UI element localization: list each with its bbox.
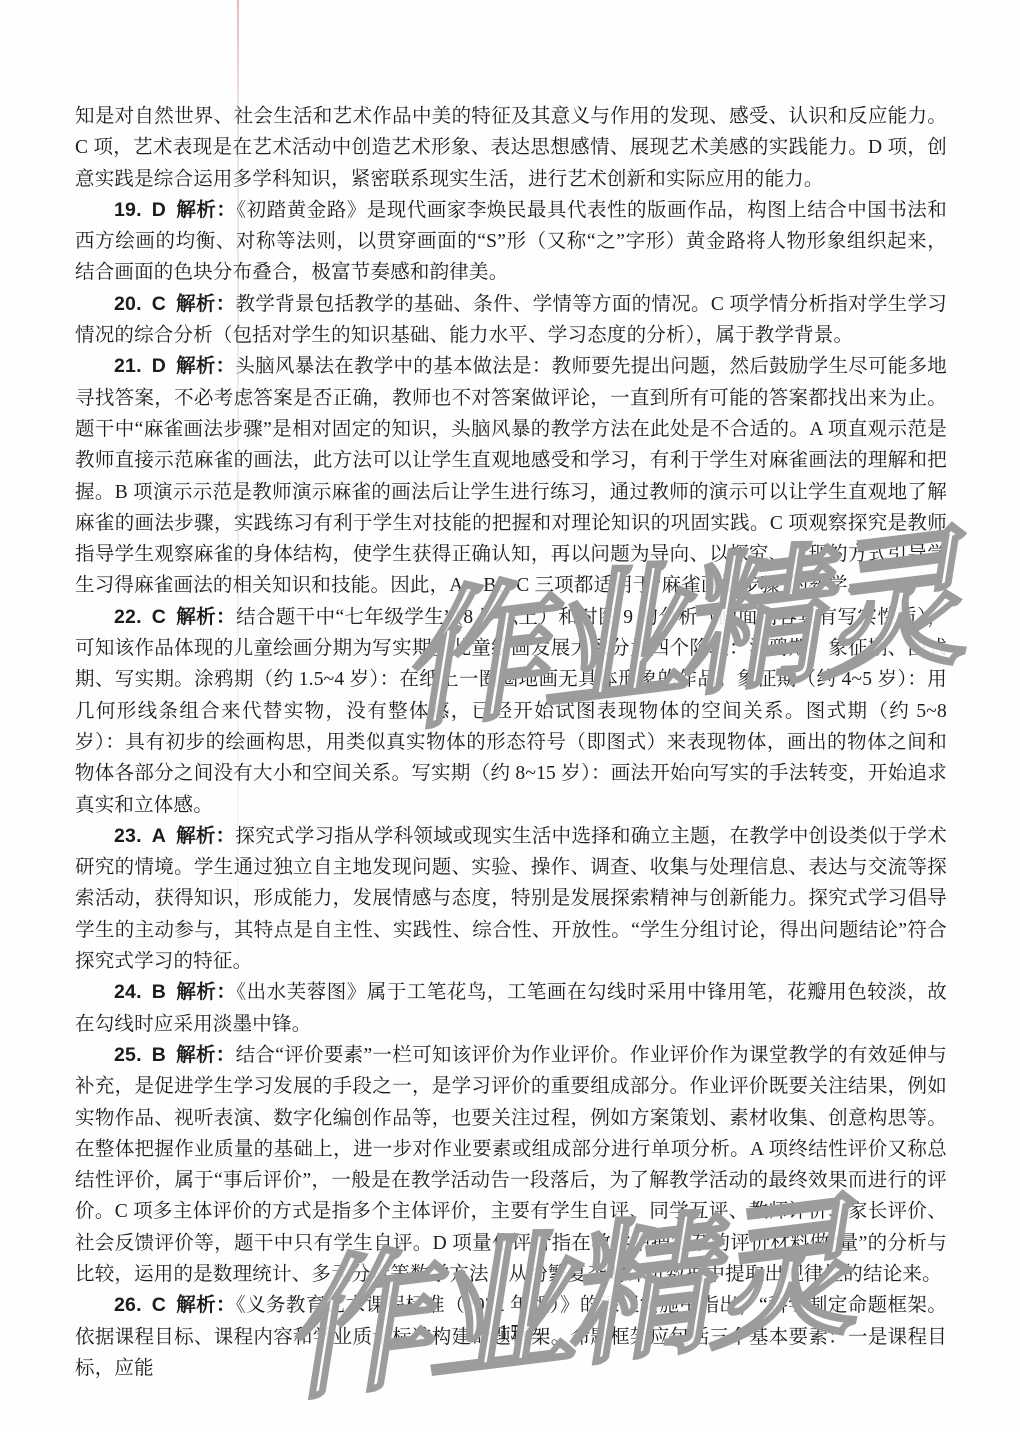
item-number: 19. [114, 199, 142, 221]
item-answer: A [152, 825, 166, 847]
scan-artifact-line [237, 0, 239, 1080]
item-number: 20. [114, 293, 142, 315]
item-answer: D [152, 355, 166, 377]
page-number: — 15 — [0, 1320, 1020, 1345]
item-label: 解析： [176, 200, 236, 221]
item-number: 22. [114, 606, 142, 628]
answer-item-19: 19.D解析：《初踏黄金路》是现代画家李焕民最具代表性的版画作品，构图上结合中国… [75, 195, 947, 289]
item-answer: C [152, 1294, 166, 1316]
scanned-page: 知是对自然世界、社会生活和艺术作品中美的特征及其意义与作用的发现、感受、认识和反… [0, 0, 1020, 1432]
item-answer: C [152, 606, 166, 628]
item-answer: B [152, 981, 166, 1003]
answer-item-25: 25.B解析：结合“评价要素”一栏可知该评价为作业评价。作业评价作为课堂教学的有… [75, 1040, 947, 1290]
answer-item-24: 24.B解析：《出水芙蓉图》属于工笔花鸟，工笔画在勾线时采用中锋用笔，花瓣用色较… [75, 977, 947, 1040]
item-label: 解析： [176, 982, 236, 1003]
item-answer: B [152, 1044, 166, 1066]
answer-item-20: 20.C解析：教学背景包括教学的基础、条件、学情等方面的情况。C 项学情分析指对… [75, 289, 947, 352]
answer-item-21: 21.D解析：头脑风暴法在教学中的基本做法是：教师要先提出问题，然后鼓励学生尽可… [75, 351, 947, 601]
item-number: 23. [114, 825, 142, 847]
item-text: 结合“评价要素”一栏可知该评价为作业评价。作业评价作为课堂教学的有效延伸与补充，… [75, 1045, 947, 1285]
answer-item-22: 22.C解析：结合题干中“七年级学生”（8 岁以上）和对图 9 的分析（画面内容… [75, 602, 947, 821]
item-answer: D [152, 199, 166, 221]
item-text: 结合题干中“七年级学生”（8 岁以上）和对图 9 的分析（画面内容具有写实性质）… [75, 607, 947, 816]
item-label: 解析： [176, 356, 235, 377]
answer-explanations: 知是对自然世界、社会生活和艺术作品中美的特征及其意义与作用的发现、感受、认识和反… [75, 101, 947, 1384]
item-number: 26. [114, 1294, 142, 1316]
answer-item-23: 23.A解析：探究式学习指从学科领域或现实生活中选择和确立主题，在教学中创设类似… [75, 821, 947, 977]
item-label: 解析： [176, 1295, 236, 1316]
item-label: 解析： [176, 826, 235, 847]
item-text: 探究式学习指从学科领域或现实生活中选择和确立主题，在教学中创设类似于学术研究的情… [75, 826, 947, 972]
item-text: 头脑风暴法在教学中的基本做法是：教师要先提出问题，然后鼓励学生尽可能多地寻找答案… [75, 356, 947, 596]
item-number: 21. [114, 355, 142, 377]
item-answer: C [152, 293, 166, 315]
item-label: 解析： [176, 607, 236, 628]
item-label: 解析： [176, 294, 236, 315]
item-number: 25. [114, 1044, 142, 1066]
item-label: 解析： [176, 1045, 236, 1066]
item-number: 24. [114, 981, 142, 1003]
paragraph-continuation: 知是对自然世界、社会生活和艺术作品中美的特征及其意义与作用的发现、感受、认识和反… [75, 101, 947, 195]
